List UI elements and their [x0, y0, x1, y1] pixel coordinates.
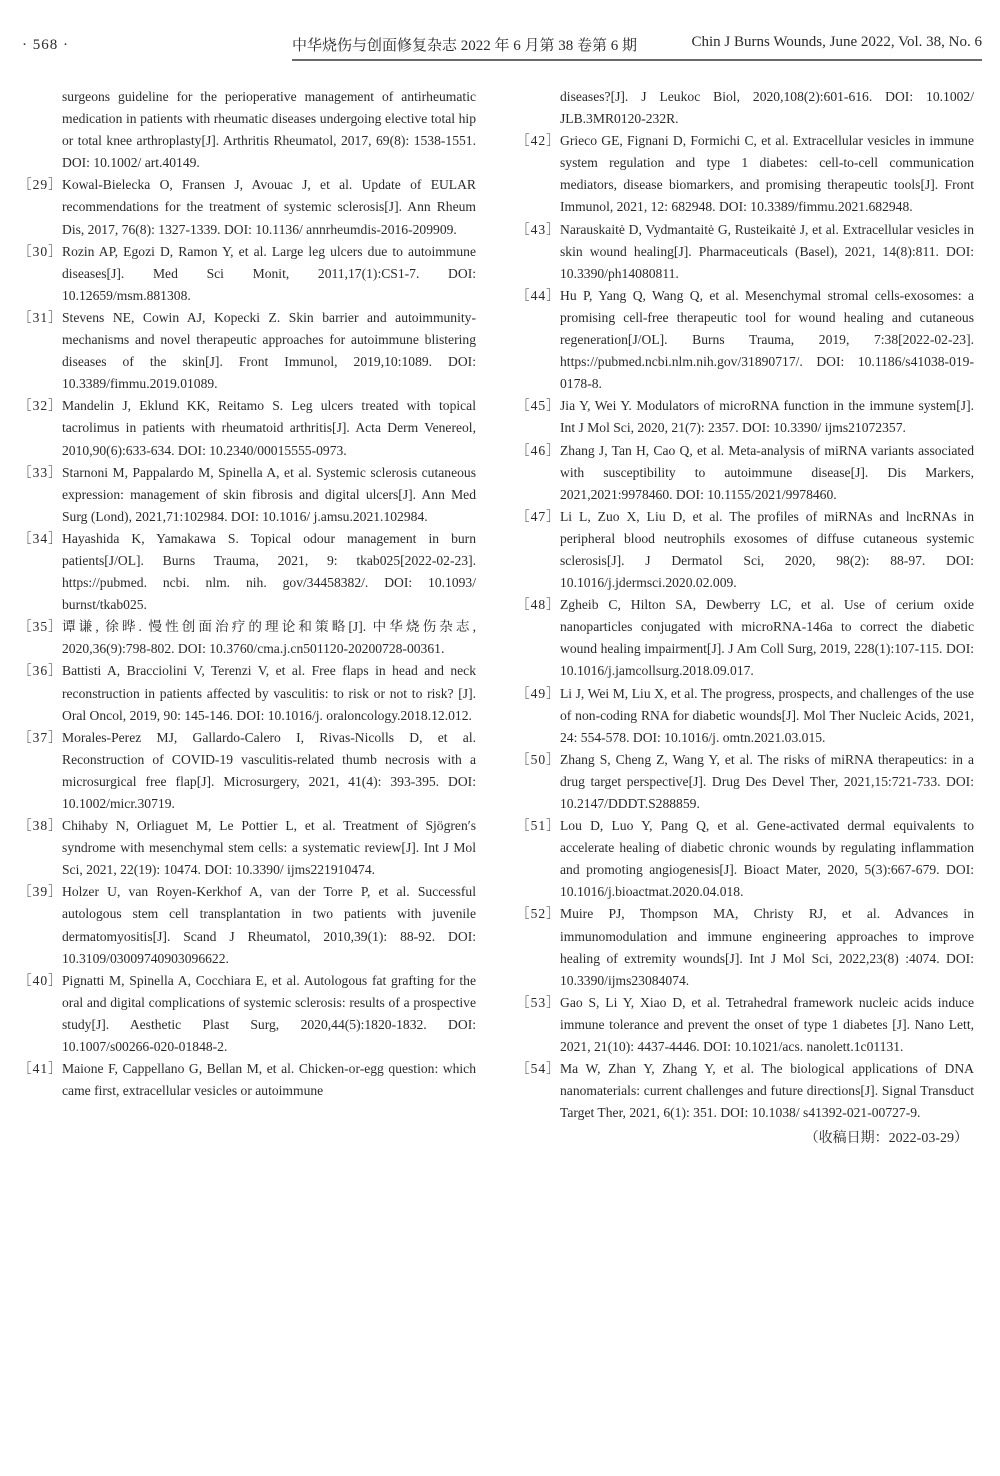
- reference-number: ［53］: [516, 992, 560, 1058]
- reference-text: Li J, Wei M, Liu X, et al. The progress,…: [560, 683, 974, 749]
- reference-continued: surgeons guideline for the perioperative…: [18, 86, 476, 174]
- reference-number: ［42］: [516, 130, 560, 218]
- reference-31: ［31］Stevens NE, Cowin AJ, Kopecki Z. Ski…: [18, 307, 476, 395]
- left-column: surgeons guideline for the perioperative…: [18, 86, 476, 1102]
- reference-text: Narauskaitė D, Vydmantaitė G, Rusteikait…: [560, 219, 974, 285]
- reference-39: ［39］Holzer U, van Royen-Kerkhof A, van d…: [18, 881, 476, 969]
- reference-42: ［42］Grieco GE, Fignani D, Formichi C, et…: [516, 130, 974, 218]
- reference-number: ［51］: [516, 815, 560, 903]
- reference-text: Li L, Zuo X, Liu D, et al. The profiles …: [560, 506, 974, 594]
- reference-number: ［38］: [18, 815, 62, 881]
- reference-text: Zhang J, Tan H, Cao Q, et al. Meta-analy…: [560, 440, 974, 506]
- reference-number: ［37］: [18, 727, 62, 815]
- reference-30: ［30］Rozin AP, Egozi D, Ramon Y, et al. L…: [18, 241, 476, 307]
- reference-text: Zgheib C, Hilton SA, Dewberry LC, et al.…: [560, 594, 974, 682]
- reference-number: ［35］: [18, 616, 62, 660]
- reference-51: ［51］Lou D, Luo Y, Pang Q, et al. Gene-ac…: [516, 815, 974, 903]
- reference-number: ［43］: [516, 219, 560, 285]
- reference-text: Hu P, Yang Q, Wang Q, et al. Mesenchymal…: [560, 285, 974, 395]
- reference-41: ［41］Maione F, Cappellano G, Bellan M, et…: [18, 1058, 476, 1102]
- reference-33: ［33］Starnoni M, Pappalardo M, Spinella A…: [18, 462, 476, 528]
- reference-43: ［43］Narauskaitė D, Vydmantaitė G, Rustei…: [516, 219, 974, 285]
- reference-number: ［29］: [18, 174, 62, 240]
- reference-text: Battisti A, Bracciolini V, Terenzi V, et…: [62, 660, 476, 726]
- reference-continued: diseases?[J]. J Leukoc Biol, 2020,108(2)…: [516, 86, 974, 130]
- reference-54: ［54］Ma W, Zhan Y, Zhang Y, et al. The bi…: [516, 1058, 974, 1124]
- reference-number: ［41］: [18, 1058, 62, 1102]
- reference-number: ［36］: [18, 660, 62, 726]
- page-number: · 568 ·: [22, 37, 69, 54]
- reference-text: Holzer U, van Royen-Kerkhof A, van der T…: [62, 881, 476, 969]
- reference-text: Starnoni M, Pappalardo M, Spinella A, et…: [62, 462, 476, 528]
- reference-text: Lou D, Luo Y, Pang Q, et al. Gene-activa…: [560, 815, 974, 903]
- reference-text: Grieco GE, Fignani D, Formichi C, et al.…: [560, 130, 974, 218]
- reference-text: Pignatti M, Spinella A, Cocchiara E, et …: [62, 970, 476, 1058]
- reference-46: ［46］Zhang J, Tan H, Cao Q, et al. Meta-a…: [516, 440, 974, 506]
- right-column: diseases?[J]. J Leukoc Biol, 2020,108(2)…: [516, 86, 974, 1150]
- reference-29: ［29］Kowal-Bielecka O, Fransen J, Avouac …: [18, 174, 476, 240]
- reference-text: Hayashida K, Yamakawa S. Topical odour m…: [62, 528, 476, 616]
- reference-text: Zhang S, Cheng Z, Wang Y, et al. The ris…: [560, 749, 974, 815]
- reference-48: ［48］Zgheib C, Hilton SA, Dewberry LC, et…: [516, 594, 974, 682]
- reference-number: ［40］: [18, 970, 62, 1058]
- reference-number: ［47］: [516, 506, 560, 594]
- reference-text: Kowal-Bielecka O, Fransen J, Avouac J, e…: [62, 174, 476, 240]
- reference-number: ［46］: [516, 440, 560, 506]
- reference-45: ［45］Jia Y, Wei Y. Modulators of microRNA…: [516, 395, 974, 439]
- running-head: 中华烧伤与创面修复杂志 2022 年 6 月第 38 卷第 6 期 Chin J…: [292, 34, 982, 61]
- reference-text: Maione F, Cappellano G, Bellan M, et al.…: [62, 1058, 476, 1102]
- reference-number: ［50］: [516, 749, 560, 815]
- reference-38: ［38］Chihaby N, Orliaguet M, Le Pottier L…: [18, 815, 476, 881]
- reference-53: ［53］Gao S, Li Y, Xiao D, et al. Tetrahed…: [516, 992, 974, 1058]
- reference-number: ［45］: [516, 395, 560, 439]
- reference-number: ［39］: [18, 881, 62, 969]
- reference-text: 谭谦, 徐晔. 慢性创面治疗的理论和策略[J]. 中华烧伤杂志, 2020,36…: [62, 616, 476, 660]
- reference-37: ［37］Morales-Perez MJ, Gallardo-Calero I,…: [18, 727, 476, 815]
- reference-number: ［31］: [18, 307, 62, 395]
- reference-text: Stevens NE, Cowin AJ, Kopecki Z. Skin ba…: [62, 307, 476, 395]
- reference-number: ［30］: [18, 241, 62, 307]
- reference-text: Ma W, Zhan Y, Zhang Y, et al. The biolog…: [560, 1058, 974, 1124]
- reference-text: Morales-Perez MJ, Gallardo-Calero I, Riv…: [62, 727, 476, 815]
- reference-36: ［36］Battisti A, Bracciolini V, Terenzi V…: [18, 660, 476, 726]
- reference-50: ［50］Zhang S, Cheng Z, Wang Y, et al. The…: [516, 749, 974, 815]
- reference-49: ［49］Li J, Wei M, Liu X, et al. The progr…: [516, 683, 974, 749]
- reference-35: ［35］谭谦, 徐晔. 慢性创面治疗的理论和策略[J]. 中华烧伤杂志, 202…: [18, 616, 476, 660]
- reference-40: ［40］Pignatti M, Spinella A, Cocchiara E,…: [18, 970, 476, 1058]
- reference-text: Jia Y, Wei Y. Modulators of microRNA fun…: [560, 395, 974, 439]
- reference-number: ［33］: [18, 462, 62, 528]
- reference-number: ［48］: [516, 594, 560, 682]
- reference-number: ［49］: [516, 683, 560, 749]
- reference-text: Muire PJ, Thompson MA, Christy RJ, et al…: [560, 903, 974, 991]
- received-date: （收稿日期：2022-03-29）: [516, 1128, 974, 1150]
- reference-32: ［32］Mandelin J, Eklund KK, Reitamo S. Le…: [18, 395, 476, 461]
- reference-47: ［47］Li L, Zuo X, Liu D, et al. The profi…: [516, 506, 974, 594]
- journal-title-en: Chin J Burns Wounds, June 2022, Vol. 38,…: [692, 34, 983, 55]
- reference-52: ［52］Muire PJ, Thompson MA, Christy RJ, e…: [516, 903, 974, 991]
- reference-number: ［32］: [18, 395, 62, 461]
- reference-number: ［44］: [516, 285, 560, 395]
- reference-number: ［34］: [18, 528, 62, 616]
- journal-title-cn: 中华烧伤与创面修复杂志 2022 年 6 月第 38 卷第 6 期: [292, 34, 637, 55]
- reference-number: ［54］: [516, 1058, 560, 1124]
- reference-text: Rozin AP, Egozi D, Ramon Y, et al. Large…: [62, 241, 476, 307]
- reference-text: Chihaby N, Orliaguet M, Le Pottier L, et…: [62, 815, 476, 881]
- reference-number: ［52］: [516, 903, 560, 991]
- reference-44: ［44］Hu P, Yang Q, Wang Q, et al. Mesench…: [516, 285, 974, 395]
- reference-34: ［34］Hayashida K, Yamakawa S. Topical odo…: [18, 528, 476, 616]
- reference-text: Gao S, Li Y, Xiao D, et al. Tetrahedral …: [560, 992, 974, 1058]
- reference-text: Mandelin J, Eklund KK, Reitamo S. Leg ul…: [62, 395, 476, 461]
